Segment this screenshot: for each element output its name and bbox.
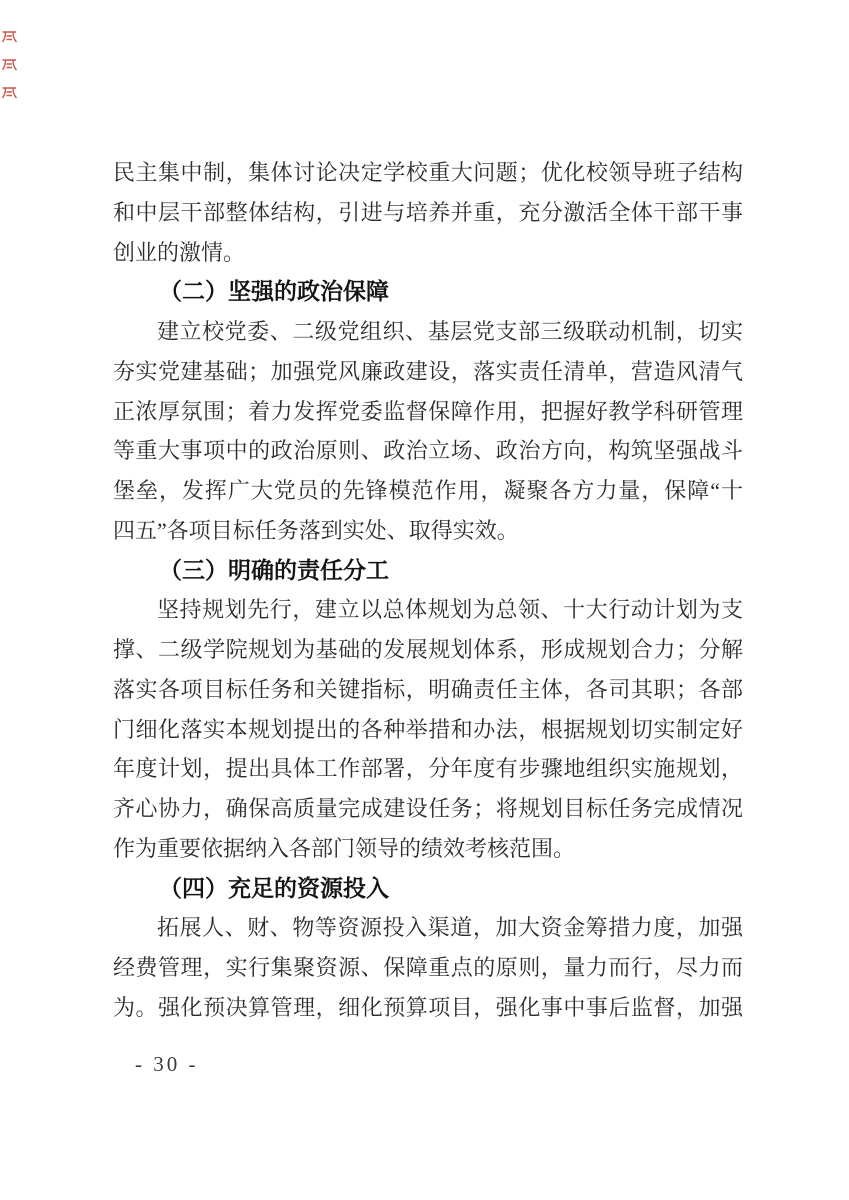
text-line: 拓展人、财、物等资源投入渠道，加大资金筹措力度，加强 [113,908,743,948]
red-mark-icon [2,30,17,44]
text-line: 作为重要依据纳入各部门领导的绩效考核范围。 [113,829,743,869]
section-heading: （四）充足的资源投入 [113,869,743,909]
text-line: 年度计划，提出具体工作部署，分年度有步骤地组织实施规划， [113,749,743,789]
text-line: 落实各项目标任务和关键指标，明确责任主体，各司其职；各部 [113,670,743,710]
red-mark-icon [2,86,17,100]
text-line: 齐心协力，确保高质量完成建设任务；将规划目标任务完成情况 [113,789,743,829]
page-footer: - 30 - [135,1052,199,1082]
red-watermark-fragments [2,30,22,114]
text-line: 和中层干部整体结构，引进与培养并重，充分激活全体干部干事 [113,193,743,233]
red-mark-icon [2,58,17,72]
text-line: 建立校党委、二级党组织、基层党支部三级联动机制，切实 [113,312,743,352]
text-line: 创业的激情。 [113,233,743,273]
text-line: 正浓厚氛围；着力发挥党委监督保障作用，把握好教学科研管理 [113,392,743,432]
page-number: - 30 - [135,1052,199,1076]
section-heading: （三）明确的责任分工 [113,551,743,591]
text-line: 四五”各项目标任务落到实处、取得实效。 [113,511,743,551]
section-heading: （二）坚强的政治保障 [113,272,743,312]
text-line: 夯实党建基础；加强党风廉政建设，落实责任清单，营造风清气 [113,352,743,392]
text-line: 民主集中制，集体讨论决定学校重大问题；优化校领导班子结构 [113,153,743,193]
paragraph: 坚持规划先行，建立以总体规划为总领、十大行动计划为支撑、二级学院规划为基础的发展… [113,590,743,868]
text-line: 经费管理，实行集聚资源、保障重点的原则，量力而行，尽力而 [113,948,743,988]
document-page: 民主集中制，集体讨论决定学校重大问题；优化校领导班子结构和中层干部整体结构，引进… [0,0,849,1200]
paragraph: 建立校党委、二级党组织、基层党支部三级联动机制，切实夯实党建基础；加强党风廉政建… [113,312,743,551]
paragraph: 拓展人、财、物等资源投入渠道，加大资金筹措力度，加强经费管理，实行集聚资源、保障… [113,908,743,1027]
text-line: 为。强化预决算管理，细化预算项目，强化事中事后监督，加强 [113,988,743,1028]
text-line: 撑、二级学院规划为基础的发展规划体系，形成规划合力；分解 [113,630,743,670]
paragraph: 民主集中制，集体讨论决定学校重大问题；优化校领导班子结构和中层干部整体结构，引进… [113,153,743,272]
text-line: 等重大事项中的政治原则、政治立场、政治方向，构筑坚强战斗 [113,431,743,471]
text-line: 堡垒，发挥广大党员的先锋模范作用，凝聚各方力量，保障“十 [113,471,743,511]
text-line: 门细化落实本规划提出的各种举措和办法，根据规划切实制定好 [113,710,743,750]
text-line: 坚持规划先行，建立以总体规划为总领、十大行动计划为支 [113,590,743,630]
document-body: 民主集中制，集体讨论决定学校重大问题；优化校领导班子结构和中层干部整体结构，引进… [113,153,743,1028]
